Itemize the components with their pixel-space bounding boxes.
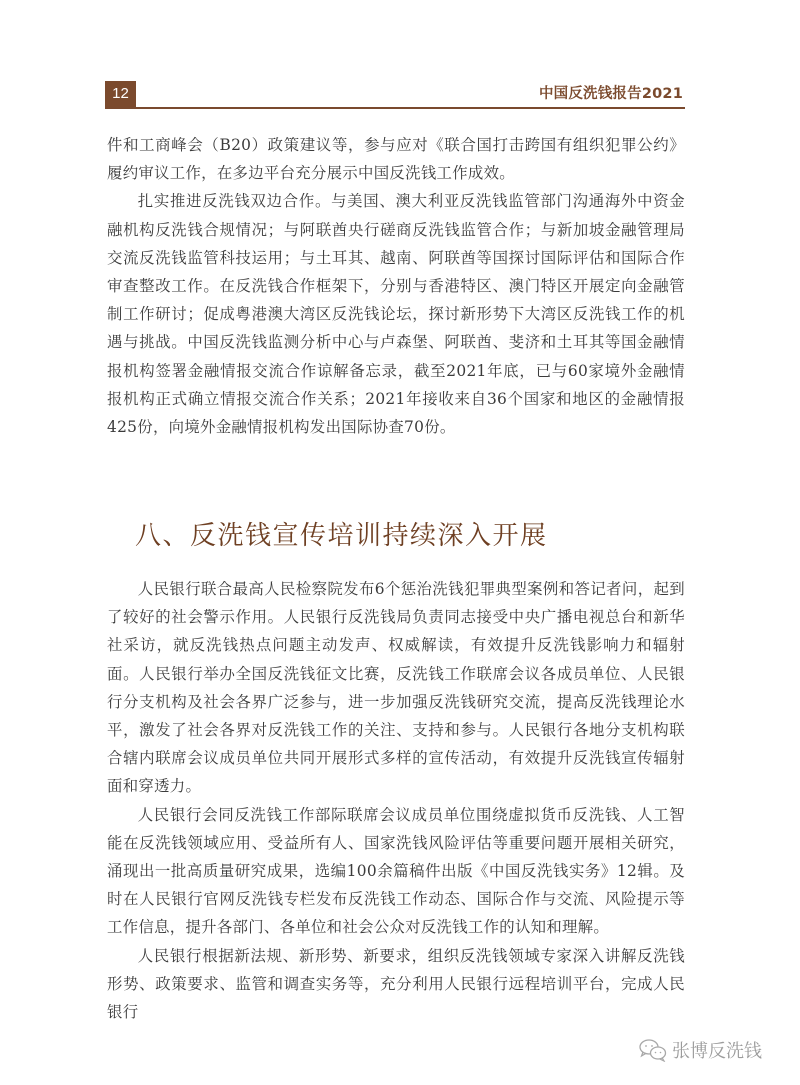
previous-section-body: 件和工商峰会（B20）政策建议等，参与应对《联合国打击跨国有组织犯罪公约》履约审… bbox=[107, 131, 685, 441]
watermark-text: 张博反洗钱 bbox=[672, 1037, 762, 1063]
wechat-icon bbox=[638, 1038, 668, 1062]
section-heading: 八、反洗钱宣传培训持续深入开展 bbox=[135, 516, 548, 556]
paragraph-training: 人民银行根据新法规、新形势、新要求，组织反洗钱领域专家深入讲解反洗钱形势、政策要… bbox=[107, 942, 685, 1027]
page-header: 12 中国反洗钱报告2021 bbox=[105, 81, 685, 109]
paragraph-continuation: 件和工商峰会（B20）政策建议等，参与应对《联合国打击跨国有组织犯罪公约》履约审… bbox=[107, 131, 685, 187]
page-number: 12 bbox=[105, 81, 136, 107]
paragraph-bilateral-cooperation: 扎实推进反洗钱双边合作。与美国、澳大利亚反洗钱监管部门沟通海外中资金融机构反洗钱… bbox=[107, 187, 685, 441]
watermark: 张博反洗钱 bbox=[638, 1037, 762, 1063]
section-8-body: 人民银行联合最高人民检察院发布6个惩治洗钱犯罪典型案例和答记者问，起到了较好的社… bbox=[107, 575, 685, 1026]
paragraph-publicity: 人民银行联合最高人民检察院发布6个惩治洗钱犯罪典型案例和答记者问，起到了较好的社… bbox=[107, 575, 685, 801]
paragraph-research: 人民银行会同反洗钱工作部际联席会议成员单位围绕虚拟货币反洗钱、人工智能在反洗钱领… bbox=[107, 801, 685, 942]
running-title: 中国反洗钱报告2021 bbox=[539, 84, 683, 104]
